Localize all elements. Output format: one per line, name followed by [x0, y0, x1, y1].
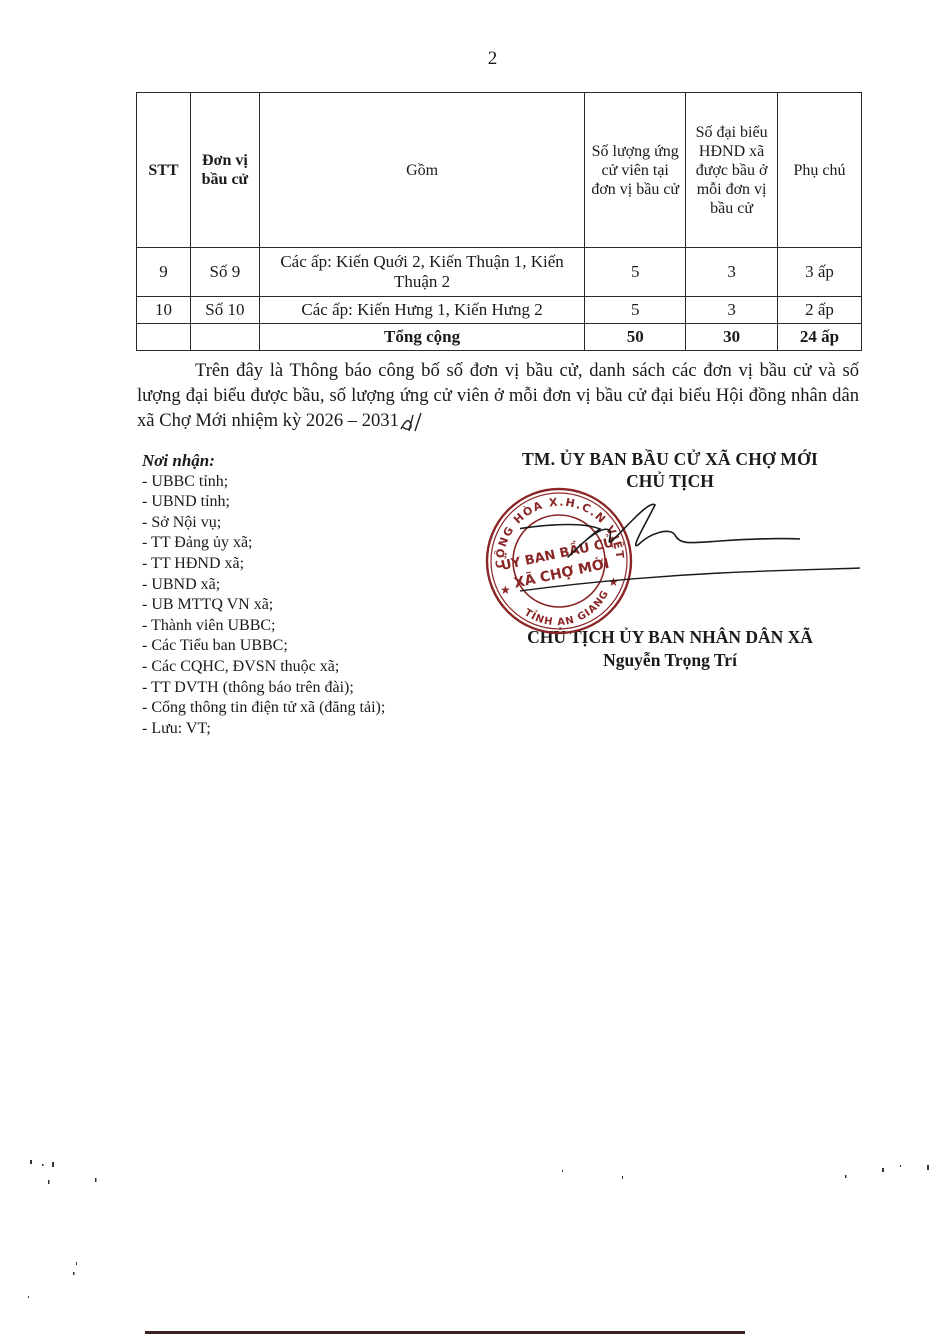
cell-includes: Các ấp: Kiến Quới 2, Kiến Thuận 1, Kiến … [259, 248, 584, 297]
header-note: Phụ chú [778, 93, 862, 248]
initial-mark-icon [399, 411, 427, 433]
cell-delegates: 3 [686, 248, 778, 297]
header-delegates: Số đại biểu HĐND xã được bầu ở mỗi đơn v… [686, 93, 778, 248]
recipient-item: - UB MTTQ VN xã; [142, 595, 385, 616]
recipient-item: - TT Đảng ủy xã; [142, 533, 385, 554]
total-note: 24 ấp [778, 324, 862, 351]
header-includes: Gồm [259, 93, 584, 248]
table-total-row: Tổng cộng 50 30 24 ấp [137, 324, 862, 351]
recipient-item: - TT DVTH (thông báo trên đài); [142, 678, 385, 699]
closing-paragraph: Trên đây là Thông báo công bố số đơn vị … [137, 358, 859, 433]
cell-empty [137, 324, 191, 351]
cell-stt: 10 [137, 297, 191, 324]
recipient-item: - UBND tỉnh; [142, 492, 385, 513]
svg-text:★: ★ [500, 583, 511, 597]
cell-includes: Các ấp: Kiến Hưng 1, Kiến Hưng 2 [259, 297, 584, 324]
recipient-item: - Sở Nội vụ; [142, 513, 385, 534]
table-row: 9 Số 9 Các ấp: Kiến Quới 2, Kiến Thuận 1… [137, 248, 862, 297]
header-candidates: Số lượng ứng cử viên tại đơn vị bầu cử [585, 93, 686, 248]
closing-paragraph-text: Trên đây là Thông báo công bố số đơn vị … [137, 360, 859, 431]
recipient-item: - Lưu: VT; [142, 719, 385, 740]
cell-note: 2 ấp [778, 297, 862, 324]
election-units-table: STT Đơn vị bầu cử Gồm Số lượng ứng cử vi… [136, 92, 862, 351]
table-header-row: STT Đơn vị bầu cử Gồm Số lượng ứng cử vi… [137, 93, 862, 248]
recipients-title: Nơi nhận: [142, 451, 385, 472]
recipient-item: - Các CQHC, ĐVSN thuộc xã; [142, 657, 385, 678]
cell-delegates: 3 [686, 297, 778, 324]
recipient-item: - TT HĐND xã; [142, 554, 385, 575]
recipient-item: - Các Tiểu ban UBBC; [142, 636, 385, 657]
cell-stt: 9 [137, 248, 191, 297]
header-delegates-text: Số đại biểu HĐND xã được bầu ở mỗi đơn v… [696, 124, 768, 217]
handwritten-signature-icon [520, 495, 860, 605]
cell-empty [190, 324, 259, 351]
header-stt: STT [137, 93, 191, 248]
total-label: Tổng cộng [259, 324, 584, 351]
recipients-list: Nơi nhận: - UBBC tỉnh; - UBND tỉnh; - Sở… [142, 451, 385, 739]
total-delegates: 30 [686, 324, 778, 351]
cell-unit: Số 9 [190, 248, 259, 297]
recipient-item: - Thành viên UBBC; [142, 616, 385, 637]
cell-note: 3 ấp [778, 248, 862, 297]
recipient-item: - UBBC tỉnh; [142, 472, 385, 493]
page-number: 2 [0, 48, 945, 70]
cell-unit: Số 10 [190, 297, 259, 324]
cell-candidates: 5 [585, 248, 686, 297]
total-candidates: 50 [585, 324, 686, 351]
header-unit: Đơn vị bầu cử [190, 93, 259, 248]
signer-name: Nguyễn Trọng Trí [470, 649, 870, 671]
cell-candidates: 5 [585, 297, 686, 324]
on-behalf-title: TM. ỦY BAN BẦU CỬ XÃ CHỢ MỚI [470, 448, 870, 470]
recipient-item: - UBND xã; [142, 575, 385, 596]
recipient-item: - Cổng thông tin điện tử xã (đăng tải); [142, 698, 385, 719]
table-row: 10 Số 10 Các ấp: Kiến Hưng 1, Kiến Hưng … [137, 297, 862, 324]
